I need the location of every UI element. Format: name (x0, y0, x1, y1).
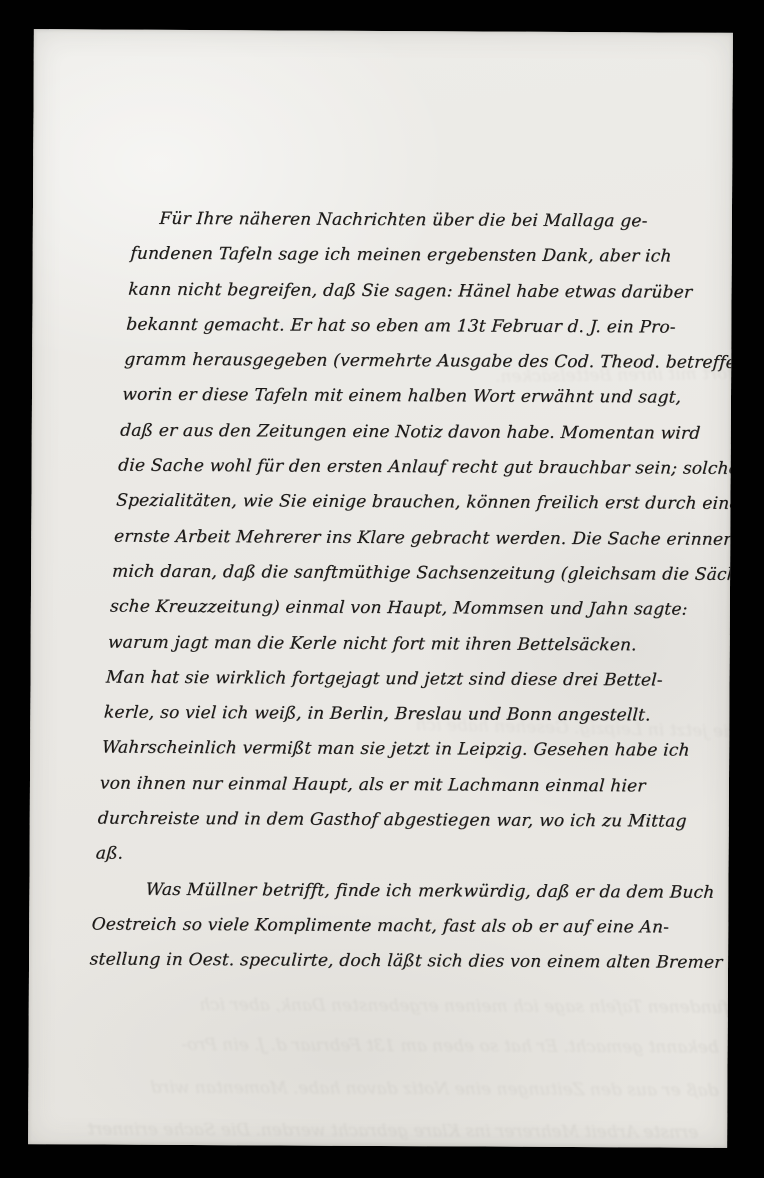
handwriting-line: Oestreich so viele Komplimente macht, fa… (91, 907, 711, 946)
handwriting-line: mich daran, daß die sanftmüthige Sachsen… (111, 555, 731, 594)
bleedthrough-text: daß er aus den Zeitungen eine Notiz davo… (98, 1078, 719, 1101)
handwriting-line: fundenen Tafeln sage ich meinen ergebens… (129, 237, 733, 276)
scan-background: fundenen Tafeln sage ich meinen ergebens… (0, 0, 764, 1178)
handwriting-line: gramm herausgegeben (vermehrte Ausgabe d… (123, 343, 733, 382)
handwriting-line: von ihnen nur einmal Haupt, als er mit L… (99, 766, 719, 805)
handwriting-line: Spezialitäten, wie Sie einige brauchen, … (115, 484, 733, 523)
bleedthrough-text: fundenen Tafeln sage ich meinen ergebens… (88, 994, 729, 1017)
letter-page: fundenen Tafeln sage ich meinen ergebens… (28, 29, 733, 1148)
handwriting-line: kerle, so viel ich weiß, in Berlin, Bres… (103, 696, 723, 735)
handwriting-line: Was Müllner betrifft, finde ich merkwürd… (93, 872, 713, 911)
handwriting-line: die Sache wohl für den ersten Anlauf rec… (117, 449, 733, 488)
handwriting-line: Man hat sie wirklich fortgejagt und jetz… (105, 660, 725, 699)
handwriting-line: Wahrscheinlich vermißt man sie jetzt in … (101, 731, 721, 770)
bleedthrough-text: bekannt gemacht. Er hat so eben am 13t F… (118, 1035, 719, 1058)
handwriting-line: worin er diese Tafeln mit einem halben W… (121, 378, 733, 417)
handwriting-line: daß er aus den Zeitungen eine Notiz davo… (119, 413, 733, 452)
handwriting-line: Für Ihre näheren Nachrichten über die be… (131, 202, 733, 241)
handwriting-line: sche Kreuzzeitung) einmal von Haupt, Mom… (109, 590, 729, 629)
letter-body: Für Ihre näheren Nachrichten über die be… (89, 202, 733, 982)
handwriting-line: ernste Arbeit Mehrerer ins Klare gebrach… (113, 519, 733, 558)
handwriting-line: warum jagt man die Kerle nicht fort mit … (107, 625, 727, 664)
handwriting-line: bekannt gemacht. Er hat so eben am 13t F… (125, 308, 733, 347)
bleedthrough-text: ernste Arbeit Mehrerer ins Klare gebrach… (138, 1120, 699, 1143)
handwriting-line: kann nicht begreifen, daß Sie sagen: Hän… (127, 272, 733, 311)
handwriting-line: aß. (95, 837, 715, 876)
handwriting-line: durchreiste und in dem Gasthof abgestieg… (97, 802, 717, 841)
handwriting-line: stellung in Oest. speculirte, doch läßt … (89, 943, 709, 982)
